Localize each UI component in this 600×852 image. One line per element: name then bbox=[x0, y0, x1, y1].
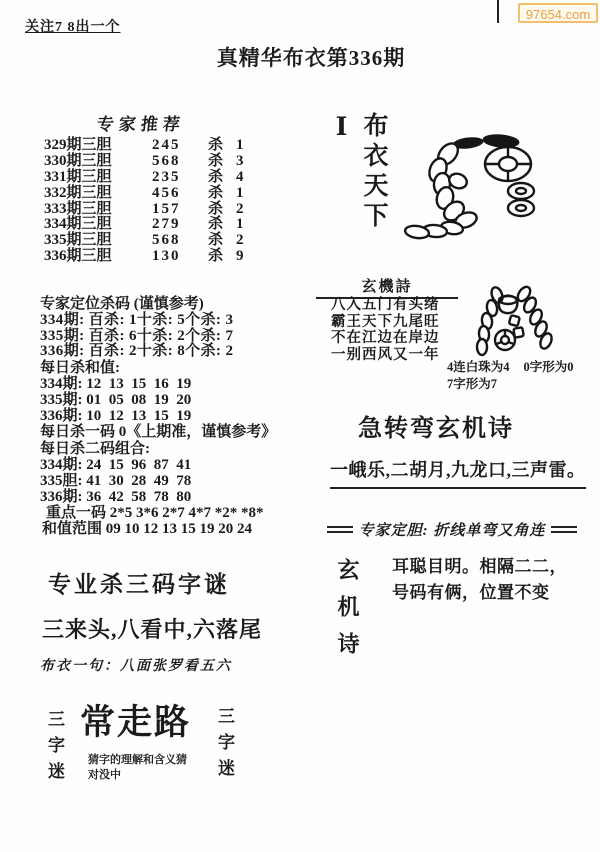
table-row: 329期三胆245杀1 bbox=[44, 138, 250, 154]
riddle-note-line: 对没中 bbox=[88, 768, 187, 783]
divider-dash-right bbox=[551, 526, 577, 533]
recommend-table: 329期三胆245杀1 330期三胆568杀3 331期三胆235杀4 332期… bbox=[44, 138, 250, 265]
site-badge[interactable]: 97654.com bbox=[518, 3, 598, 23]
riddle-title: 专业杀三码字谜 bbox=[48, 566, 230, 599]
header-divider-line bbox=[497, 0, 499, 23]
kill-num: 1 bbox=[236, 138, 250, 154]
doodle-note: 0字形为0 bbox=[524, 359, 574, 376]
mystic-label-vertical: 玄机诗 bbox=[332, 558, 363, 693]
turn-poem-line: 一峨乐,二胡月,九龙口,三声雷。 bbox=[330, 456, 586, 489]
kill-label: 杀 bbox=[208, 170, 236, 186]
buyi-sentence: 布衣一句：八面张罗看五六 bbox=[40, 655, 232, 675]
expert-tip-divider: 专家定胆: 折线单弯又角连 bbox=[327, 519, 577, 540]
position-kill-line: 334期: 百杀: 1十杀: 5个杀: 3 bbox=[40, 313, 276, 329]
kill-label: 杀 bbox=[208, 217, 236, 233]
daily-two-code-line: 334期: 24 15 96 87 41 bbox=[40, 458, 276, 474]
focus-note: 关注7 8出一个 bbox=[25, 16, 121, 36]
three-char-riddle-label-left: 三字迷 bbox=[42, 710, 67, 800]
coin-bead-doodle bbox=[462, 272, 570, 360]
daily-two-code-heading: 每日杀二码组合: bbox=[40, 442, 276, 458]
dan-cell: 568 bbox=[152, 154, 208, 170]
expert-tip-text: 专家定胆: 折线单弯又角连 bbox=[359, 519, 546, 540]
page-title: 真精华布衣第336期 bbox=[217, 42, 406, 72]
mystic-bottom-text: 耳聪目明。相隔二二， 号码有俩，位置不变 bbox=[392, 554, 567, 606]
daily-sum-kill-line: 336期: 10 12 13 15 19 bbox=[40, 409, 276, 425]
dan-cell: 235 bbox=[152, 170, 208, 186]
daily-sum-kill-heading: 每日杀和值: bbox=[40, 361, 276, 377]
turn-poem-title: 急转弯玄机诗 bbox=[358, 408, 514, 443]
kill-num: 2 bbox=[236, 202, 250, 218]
kill-num: 9 bbox=[236, 249, 250, 265]
kill-label: 杀 bbox=[208, 186, 236, 202]
recommend-heading: 专家推荐 bbox=[96, 110, 187, 135]
position-kill-line: 336期: 百杀: 2十杀: 8个杀: 2 bbox=[40, 344, 276, 360]
mystic-poem-title: 玄機詩 bbox=[361, 279, 412, 295]
period-cell: 332期三胆 bbox=[44, 186, 152, 202]
poem-line: 不在江边在岸边 bbox=[331, 330, 440, 347]
dan-cell: 245 bbox=[152, 138, 208, 154]
kill-label: 杀 bbox=[208, 138, 236, 154]
table-row: 336期三胆130杀9 bbox=[44, 249, 250, 265]
riddle-note-line: 猜字的理解和含义猜 bbox=[88, 753, 187, 768]
divider-dash-left bbox=[327, 526, 353, 533]
table-row: 331期三胆235杀4 bbox=[44, 170, 250, 186]
position-kill-heading: 专家定位杀码 (谨慎参考) bbox=[40, 297, 276, 313]
poem-line: 霸王天下九尾旺 bbox=[331, 314, 440, 331]
mystic-poem: 八入五门有头绪 霸王天下九尾旺 不在江边在岸边 一别西风又一年 bbox=[331, 297, 440, 363]
kill-label: 杀 bbox=[208, 249, 236, 265]
dan-cell: 279 bbox=[152, 217, 208, 233]
doodle-notes: 4连白珠为4 0字形为0 7字形为7 bbox=[447, 359, 574, 393]
kill-num: 1 bbox=[236, 186, 250, 202]
period-cell: 329期三胆 bbox=[44, 138, 152, 154]
dan-cell: 568 bbox=[152, 233, 208, 249]
period-cell: 335期三胆 bbox=[44, 233, 152, 249]
mystic-poem-title-wrap: 玄機詩 bbox=[316, 275, 458, 299]
three-char-riddle-label-right: 三字迷 bbox=[212, 707, 237, 797]
kill-num: 4 bbox=[236, 170, 250, 186]
table-row: 334期三胆279杀1 bbox=[44, 217, 250, 233]
daily-sum-kill-line: 334期: 12 13 15 16 19 bbox=[40, 377, 276, 393]
daily-two-code-line: 335胆: 41 30 28 49 78 bbox=[40, 474, 276, 490]
riddle-answer: 常走路 bbox=[80, 695, 191, 745]
kill-codes-block: 专家定位杀码 (谨慎参考) 334期: 百杀: 1十杀: 5个杀: 3 335期… bbox=[40, 296, 276, 538]
poem-line: 八入五门有头绪 bbox=[331, 297, 440, 314]
dan-cell: 456 bbox=[152, 186, 208, 202]
riddle-note: 猜字的理解和含义猜 对没中 bbox=[88, 753, 187, 783]
kill-label: 杀 bbox=[208, 154, 236, 170]
dan-cell: 157 bbox=[152, 202, 208, 218]
sum-range-line: 和值范围 09 10 12 13 15 19 20 24 bbox=[40, 522, 276, 538]
doodle-note: 4连白珠为4 bbox=[447, 359, 510, 376]
riddle-line: 三来头,八看中,六落尾 bbox=[42, 613, 262, 644]
table-row: 335期三胆568杀2 bbox=[44, 233, 250, 249]
period-cell: 336期三胆 bbox=[44, 249, 152, 265]
brand-title-vertical: 布衣天下Ⅰ bbox=[326, 112, 391, 247]
table-row: 332期三胆456杀1 bbox=[44, 186, 250, 202]
period-cell: 331期三胆 bbox=[44, 170, 152, 186]
period-cell: 330期三胆 bbox=[44, 154, 152, 170]
mystic-bottom-line: 号码有俩，位置不变 bbox=[392, 580, 567, 606]
bead-chain-doodle bbox=[388, 116, 573, 241]
kill-num: 1 bbox=[236, 217, 250, 233]
lottery-tip-sheet: 关注7 8出一个 97654.com 真精华布衣第336期 专家推荐 329期三… bbox=[0, 0, 600, 852]
kill-label: 杀 bbox=[208, 233, 236, 249]
daily-one-code-line: 每日杀一码 0《上期准，谨慎参考》 bbox=[40, 425, 276, 441]
poem-line: 一别西风又一年 bbox=[331, 347, 440, 364]
period-cell: 334期三胆 bbox=[44, 217, 152, 233]
table-row: 330期三胆568杀3 bbox=[44, 154, 250, 170]
doodle-note: 7字形为7 bbox=[447, 376, 574, 393]
daily-sum-kill-line: 335期: 01 05 08 19 20 bbox=[40, 393, 276, 409]
mystic-bottom-line: 耳聪目明。相隔二二， bbox=[392, 554, 567, 580]
daily-two-code-line: 336期: 36 42 58 78 80 bbox=[40, 490, 276, 506]
key-one-code-line: 重点一码 2*5 3*6 2*7 4*7 *2* *8* bbox=[40, 506, 276, 522]
kill-num: 3 bbox=[236, 154, 250, 170]
dan-cell: 130 bbox=[152, 249, 208, 265]
kill-num: 2 bbox=[236, 233, 250, 249]
